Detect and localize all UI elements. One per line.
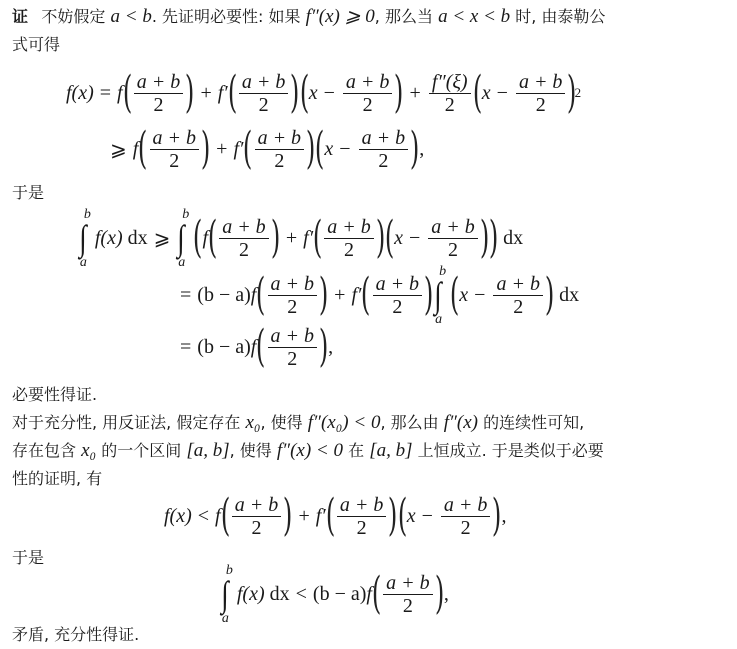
- math-paren: (: [313, 216, 322, 260]
- frac-den: 2: [274, 150, 284, 171]
- math-term: x: [459, 284, 468, 307]
- math-operator: ⩾: [154, 226, 171, 251]
- frac-num: a + b: [268, 326, 318, 348]
- math-term: f′: [218, 82, 228, 105]
- inline-math: x₀: [245, 412, 260, 433]
- math-term: x: [324, 138, 333, 161]
- text: , 使得: [230, 441, 277, 460]
- math-operator: ⩾: [110, 137, 127, 162]
- math-term: dx: [270, 583, 290, 606]
- equation-integral-line-1: ∫ ba f(x) dx ⩾ ∫ ba ( f ( a + b2 ) + f′ …: [78, 210, 523, 266]
- math-operator: +: [286, 227, 297, 250]
- inline-math: f″(x): [444, 412, 478, 433]
- frac-den: 2: [287, 348, 297, 369]
- math-paren: ): [388, 494, 397, 538]
- text: 时, 由泰勒公: [510, 7, 605, 26]
- frac-num: a + b: [428, 217, 478, 239]
- inline-math: [a, b]: [369, 440, 412, 461]
- math-fraction: a + b2: [337, 495, 387, 538]
- text-contradiction-sufficiency-proved: 矛盾, 充分性得证.: [12, 622, 139, 648]
- equation-strict-inequality: f(x) < f ( a + b2 ) + f′ ( a + b2 ) ( x …: [164, 490, 507, 542]
- text: . 先证明必要性: 如果: [152, 7, 306, 26]
- equation-integral-line-3: = (b − a) f ( a + b2 ) ,: [180, 322, 333, 372]
- math-fraction: a + b2: [268, 326, 318, 369]
- math-paren: ): [290, 71, 299, 115]
- math-paren: ): [201, 127, 210, 171]
- math-operator: +: [334, 284, 345, 307]
- math-fraction: a + b2: [150, 128, 200, 171]
- math-term: f(x): [66, 82, 94, 105]
- math-paren: (: [243, 127, 252, 171]
- math-paren: (: [138, 127, 147, 171]
- frac-num: a + b: [383, 573, 433, 595]
- math-operator: −: [474, 284, 485, 307]
- math-paren: ): [394, 71, 403, 115]
- math-punct: ,: [444, 583, 449, 606]
- text: 存在包含: [12, 441, 81, 460]
- math-fraction: a + b2: [219, 217, 269, 260]
- math-operator: −: [422, 505, 433, 528]
- math-paren: (: [208, 216, 217, 260]
- math-paren: ): [567, 71, 576, 115]
- math-operator: <: [198, 505, 209, 528]
- math-paren: ): [489, 216, 498, 260]
- math-paren: ): [492, 494, 501, 538]
- math-paren: ): [185, 71, 194, 115]
- math-operator: +: [216, 138, 227, 161]
- frac-num: a + b: [373, 274, 423, 296]
- math-operator: +: [200, 82, 211, 105]
- math-paren: ): [410, 127, 419, 171]
- math-fraction: a + b2: [232, 495, 282, 538]
- frac-num: a + b: [255, 128, 305, 150]
- frac-den: 2: [448, 239, 458, 260]
- text: 的一个区间: [96, 441, 186, 460]
- integral-sign: ∫: [434, 277, 441, 313]
- inline-math: x₀: [81, 440, 96, 461]
- frac-den: 2: [344, 239, 354, 260]
- frac-den: 2: [513, 296, 523, 317]
- frac-num: a + b: [239, 72, 289, 94]
- math-fraction: a + b2: [324, 217, 374, 260]
- math-paren: ): [319, 325, 328, 369]
- math-paren: (: [472, 71, 481, 115]
- frac-den: 2: [252, 517, 262, 538]
- frac-den: 2: [536, 94, 546, 115]
- math-paren: ): [545, 273, 554, 317]
- math-paren: ): [271, 216, 280, 260]
- math-paren: ): [319, 273, 328, 317]
- math-paren: ): [376, 216, 385, 260]
- math-paren: (: [450, 273, 459, 317]
- math-term: f(x): [95, 227, 123, 250]
- math-punct: ,: [502, 505, 507, 528]
- math-paren: (: [256, 273, 265, 317]
- inline-math: f″(x) < 0: [277, 440, 343, 461]
- math-fraction: a + b2: [516, 72, 566, 115]
- frac-num: a + b: [268, 274, 318, 296]
- math-paren: ): [435, 572, 444, 616]
- frac-num: a + b: [150, 128, 200, 150]
- math-term: f′: [316, 505, 326, 528]
- frac-den: 2: [403, 595, 413, 616]
- proof-label: 证: [12, 7, 28, 26]
- math-term: x: [407, 505, 416, 528]
- math-term: f′: [303, 227, 313, 250]
- frac-num: a + b: [134, 72, 184, 94]
- math-fraction: a + b2: [383, 573, 433, 616]
- math-term: x: [394, 227, 403, 250]
- frac-num: a + b: [359, 128, 409, 150]
- math-fraction: a + b2: [493, 274, 543, 317]
- inline-math: a < b: [111, 6, 152, 27]
- frac-den: 2: [392, 296, 402, 317]
- text: 不妨假定: [41, 7, 110, 26]
- frac-den: 2: [357, 517, 367, 538]
- math-operator: −: [339, 138, 350, 161]
- proof-intro-line-1: 证 不妨假定 a < b. 先证明必要性: 如果 f″(x) ⩾ 0, 那么当 …: [12, 4, 605, 30]
- math-term: dx: [559, 284, 579, 307]
- math-fraction: a + b2: [359, 128, 409, 171]
- math-paren: (: [385, 216, 394, 260]
- frac-num: a + b: [219, 217, 269, 239]
- math-paren: (: [315, 127, 324, 171]
- frac-den: 2: [169, 150, 179, 171]
- frac-num: f″(ξ): [429, 72, 471, 94]
- integral-sign: ∫: [221, 576, 228, 612]
- text: 对于充分性, 用反证法, 假定存在: [12, 413, 245, 432]
- equation-taylor-line-1: f(x) = f ( a + b2 ) + f′ ( a + b2 ) ( x …: [66, 68, 581, 118]
- frac-num: a + b: [343, 72, 393, 94]
- text: , 那么当: [375, 7, 438, 26]
- math-punct: ,: [328, 336, 333, 359]
- math-paren: ): [424, 273, 433, 317]
- math-paren: (: [193, 216, 202, 260]
- inline-math: a < x < b: [438, 6, 510, 27]
- sufficiency-line-3: 性的证明, 有: [12, 466, 102, 492]
- math-operator: =: [180, 284, 191, 307]
- math-paren: (: [397, 494, 406, 538]
- text: 上恒成立. 于是类似于必要: [412, 441, 603, 460]
- inline-math: f″(x) ⩾ 0: [306, 6, 375, 27]
- text: 在: [343, 441, 369, 460]
- equation-integral-contradiction: ∫ ba f(x) dx < (b − a) f ( a + b2 ) ,: [220, 566, 449, 622]
- math-operator: <: [296, 583, 307, 606]
- math-fraction: a + b2: [428, 217, 478, 260]
- math-paren: (: [122, 71, 131, 115]
- math-fraction: a + b2: [134, 72, 184, 115]
- math-fraction: f″(ξ)2: [429, 72, 471, 115]
- sufficiency-line-1: 对于充分性, 用反证法, 假定存在 x₀, 使得 f″(x₀) < 0, 那么由…: [12, 410, 584, 436]
- proof-intro-line-2: 式可得: [12, 32, 60, 58]
- text: , 使得: [260, 413, 307, 432]
- math-paren: (: [256, 325, 265, 369]
- math-operator: −: [409, 227, 420, 250]
- frac-den: 2: [461, 517, 471, 538]
- frac-den: 2: [259, 94, 269, 115]
- math-term: dx: [128, 227, 148, 250]
- math-term: x: [482, 82, 491, 105]
- math-fraction: a + b2: [343, 72, 393, 115]
- math-paren: (: [299, 71, 308, 115]
- frac-num: a + b: [493, 274, 543, 296]
- math-paren: ): [283, 494, 292, 538]
- frac-num: a + b: [232, 495, 282, 517]
- math-term: f: [215, 505, 221, 528]
- math-fraction: a + b2: [255, 128, 305, 171]
- text-therefore-1: 于是: [12, 180, 44, 206]
- frac-den: 2: [445, 94, 455, 115]
- math-operator: −: [497, 82, 508, 105]
- math-paren: (: [220, 494, 229, 538]
- frac-den: 2: [363, 94, 373, 115]
- math-term: dx: [503, 227, 523, 250]
- math-fraction: a + b2: [239, 72, 289, 115]
- frac-num: a + b: [441, 495, 491, 517]
- math-punct: ,: [419, 138, 424, 161]
- math-fraction: a + b2: [441, 495, 491, 538]
- frac-num: a + b: [337, 495, 387, 517]
- text-therefore-2: 于是: [12, 545, 44, 571]
- text: , 那么由: [380, 413, 443, 432]
- frac-den: 2: [154, 94, 164, 115]
- math-operator: =: [100, 82, 111, 105]
- frac-num: a + b: [324, 217, 374, 239]
- math-paren: ): [480, 216, 489, 260]
- sufficiency-line-2: 存在包含 x₀ 的一个区间 [a, b], 使得 f″(x) < 0 在 [a,…: [12, 438, 604, 464]
- frac-den: 2: [287, 296, 297, 317]
- math-term: f: [117, 82, 123, 105]
- equation-taylor-line-2: ⩾ f ( a + b2 ) + f′ ( a + b2 ) ( x − a +…: [110, 124, 424, 174]
- math-paren: (: [228, 71, 237, 115]
- math-paren: (: [361, 273, 370, 317]
- math-term: x: [309, 82, 318, 105]
- math-operator: =: [180, 336, 191, 359]
- math-term: (b − a): [313, 583, 366, 606]
- math-paren: (: [326, 494, 335, 538]
- frac-den: 2: [378, 150, 388, 171]
- math-operator: +: [410, 82, 421, 105]
- math-term: f(x): [237, 583, 265, 606]
- math-operator: +: [298, 505, 309, 528]
- integral-sign: ∫: [79, 220, 86, 256]
- math-fraction: a + b2: [373, 274, 423, 317]
- text: 的连续性可知,: [478, 413, 584, 432]
- inline-math: [a, b]: [186, 440, 229, 461]
- math-term: f(x): [164, 505, 192, 528]
- equation-integral-line-2: = (b − a) f ( a + b2 ) + f′ ( a + b2 ) ∫…: [180, 268, 579, 322]
- math-term: (b − a): [197, 336, 250, 359]
- integral-sign: ∫: [178, 220, 185, 256]
- math-paren: (: [372, 572, 381, 616]
- math-operator: −: [324, 82, 335, 105]
- math-term: (b − a): [197, 284, 250, 307]
- frac-den: 2: [239, 239, 249, 260]
- inline-math: f″(x₀) < 0: [308, 412, 381, 433]
- frac-num: a + b: [516, 72, 566, 94]
- math-fraction: a + b2: [268, 274, 318, 317]
- text-necessity-proved: 必要性得证.: [12, 382, 97, 408]
